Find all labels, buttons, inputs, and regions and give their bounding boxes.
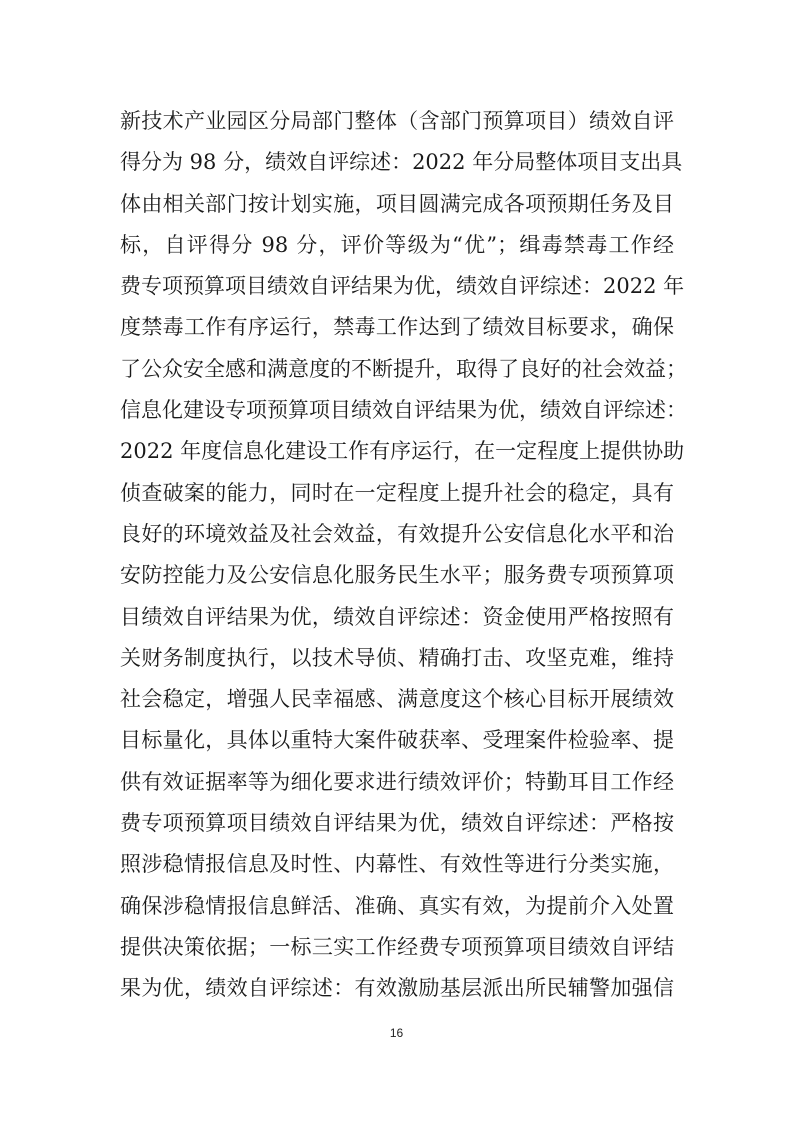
text-line: 安防控能力及公安信息化服务民生水平；服务费专项预算项: [120, 555, 674, 596]
text-line: 目标量化，具体以重特大案件破获率、受理案件检验率、提: [120, 720, 674, 761]
text-line: 费专项预算项目绩效自评结果为优，绩效自评综述：2022 年: [120, 266, 674, 307]
text-line: 体由相关部门按计划实施，项目圆满完成各项预期任务及目: [120, 184, 674, 225]
text-line: 得分为 98 分，绩效自评综述：2022 年分局整体项目支出具: [120, 142, 674, 183]
text-line: 了公众安全感和满意度的不断提升，取得了良好的社会效益；: [120, 349, 674, 390]
text-line: 果为优，绩效自评综述：有效激励基层派出所民辅警加强信: [120, 968, 674, 1009]
page-number: 16: [0, 1026, 793, 1040]
text-line: 关财务制度执行，以技术导侦、精确打击、攻坚克难，维持: [120, 638, 674, 679]
text-line: 度禁毒工作有序运行，禁毒工作达到了绩效目标要求，确保: [120, 307, 674, 348]
text-line: 费专项预算项目绩效自评结果为优，绩效自评综述：严格按: [120, 803, 674, 844]
text-line: 新技术产业园区分局部门整体（含部门预算项目）绩效自评: [120, 101, 674, 142]
text-line: 标，自评得分 98 分，评价等级为“优”；缉毒禁毒工作经: [120, 225, 674, 266]
text-line: 确保涉稳情报信息鲜活、准确、真实有效，为提前介入处置: [120, 886, 674, 927]
text-line: 侦查破案的能力，同时在一定程度上提升社会的稳定，具有: [120, 473, 674, 514]
text-line: 信息化建设专项预算项目绩效自评结果为优，绩效自评综述：: [120, 390, 674, 431]
text-line: 提供决策依据；一标三实工作经费专项预算项目绩效自评结: [120, 927, 674, 968]
text-line: 社会稳定，增强人民幸福感、满意度这个核心目标开展绩效: [120, 679, 674, 720]
text-line: 良好的环境效益及社会效益，有效提升公安信息化水平和治: [120, 514, 674, 555]
document-page: 新技术产业园区分局部门整体（含部门预算项目）绩效自评 得分为 98 分，绩效自评…: [0, 0, 793, 1122]
text-line: 照涉稳情报信息及时性、内幕性、有效性等进行分类实施，: [120, 844, 674, 885]
text-line: 目绩效自评结果为优，绩效自评综述：资金使用严格按照有: [120, 597, 674, 638]
body-paragraph: 新技术产业园区分局部门整体（含部门预算项目）绩效自评 得分为 98 分，绩效自评…: [120, 101, 674, 1010]
text-line: 2022 年度信息化建设工作有序运行，在一定程度上提供协助: [120, 431, 674, 472]
text-line: 供有效证据率等为细化要求进行绩效评价；特勤耳目工作经: [120, 762, 674, 803]
